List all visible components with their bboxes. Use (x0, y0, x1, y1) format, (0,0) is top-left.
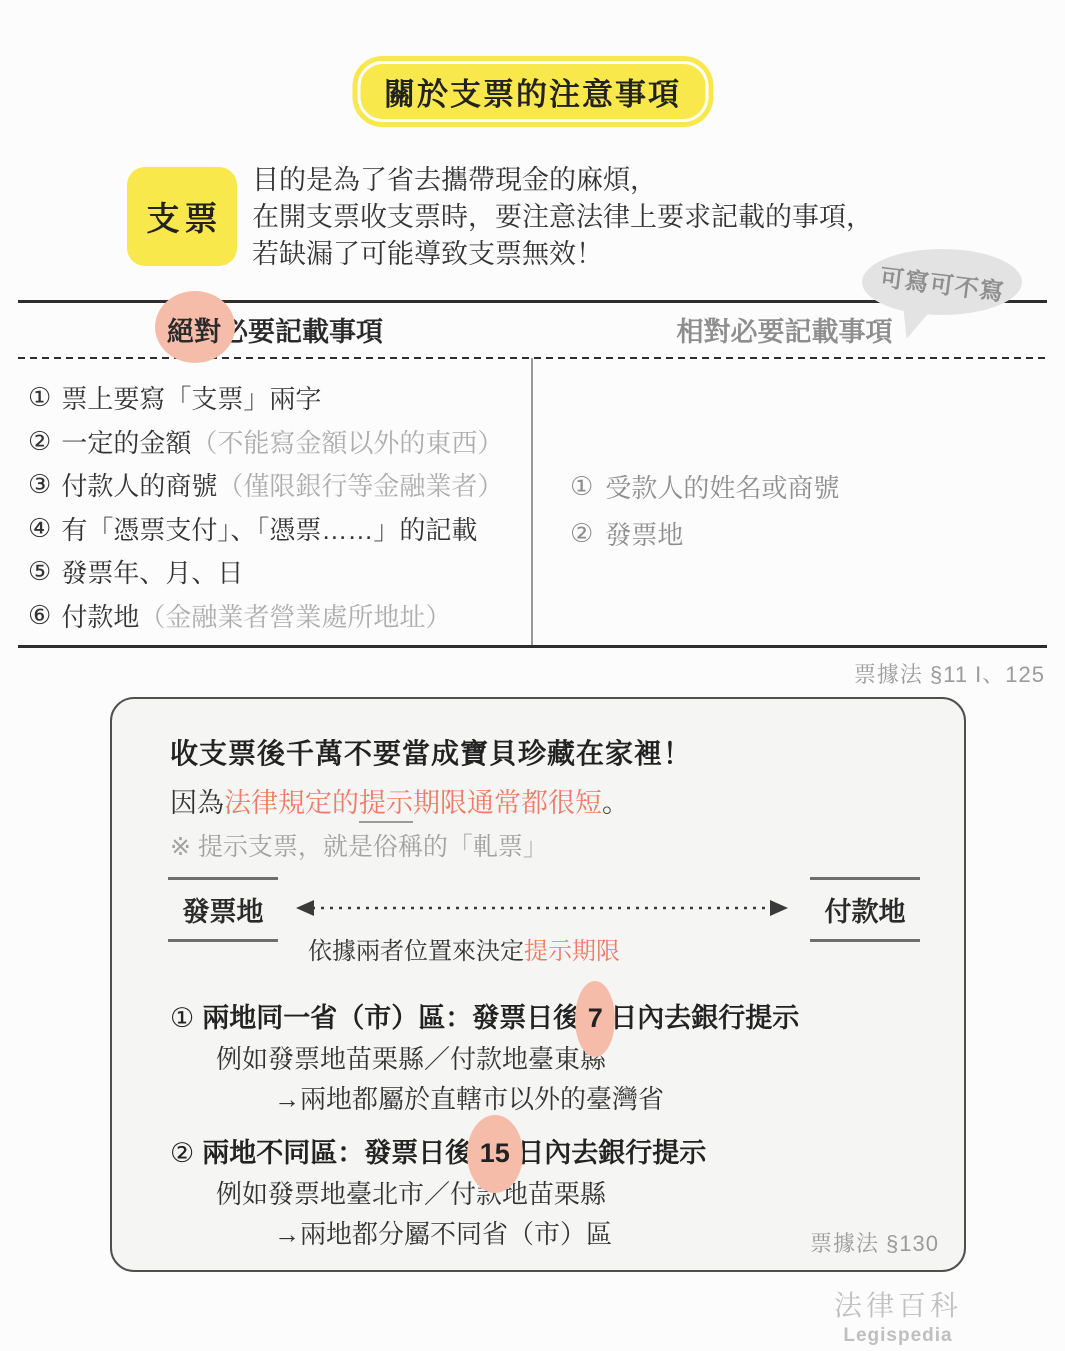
item-note: （不能寫金額以外的東西） (191, 423, 503, 460)
list-item: ② 一定的金額 （不能寫金額以外的東西） (28, 420, 503, 464)
reason-red-underlined: 提示 (359, 788, 413, 823)
rule-2-headline: ②兩地不同區：發票日後 15 日內去銀行提示 (170, 1131, 706, 1170)
list-item: ③ 付款人的商號 （僅限銀行等金融業者） (28, 463, 503, 507)
list-item: ④ 有「憑票支付」、「憑票……」的記載 (28, 507, 503, 551)
reason-black: 因為 (170, 788, 224, 818)
statute-citation-table: 票據法 §11 I、125 (854, 658, 1045, 689)
item-number: ② (28, 426, 51, 457)
reason-red-pre: 法律規定的 (224, 788, 359, 818)
page-title: 關於支票的注意事項 (357, 61, 708, 122)
column-header-optional: 相對必要記載事項 (532, 310, 1037, 349)
list-item: ① 票上要寫「支票」兩字 (28, 376, 503, 420)
item-number: ① (570, 471, 593, 502)
item-note: （僅限銀行等金融業者） (217, 466, 503, 503)
box-footnote: ※ 提示支票，就是俗稱的「軋票」 (170, 827, 548, 863)
box-reason-line: 因為法律規定的提示期限通常都很短。 (170, 781, 629, 820)
brand-name-zh: 法律百科 (834, 1284, 962, 1324)
list-item: ⑤ 發票年、月、日 (28, 550, 503, 594)
table-column-divider (531, 358, 533, 645)
box-headline: 收支票後千萬不要當成寶貝珍藏在家裡！ (170, 732, 692, 772)
rule-1-example: 例如發票地苗栗縣／付款地臺東縣 (216, 1039, 606, 1076)
rule-1-conclusion: →兩地都屬於直轄市以外的臺灣省 (274, 1079, 664, 1116)
rule-2-conclusion: →兩地都分屬不同省（市）區 (274, 1214, 612, 1251)
item-text: 發票年、月、日 (61, 553, 243, 590)
item-number: ⑤ (28, 556, 51, 587)
rule-2-days-highlight: 15 (480, 1138, 510, 1169)
caption-black: 依據兩者位置來決定 (308, 938, 524, 965)
item-note: （金融業者營業處所地址） (139, 597, 451, 634)
item-number: ⑥ (28, 600, 51, 631)
brand-name-en: Legispedia (834, 1325, 962, 1347)
item-text: 受款人的姓名或商號 (605, 468, 839, 505)
presentation-period-box: 收支票後千萬不要當成寶貝珍藏在家裡！ 因為法律規定的提示期限通常都很短。 ※ 提… (110, 697, 966, 1272)
column-header-mandatory: 絕對必要記載事項 (18, 310, 532, 349)
item-text: 一定的金額 (61, 423, 191, 460)
table-bottom-border (18, 645, 1047, 648)
item-text: 付款地 (61, 597, 139, 634)
speech-bubble-text: 可寫可不寫 (878, 257, 1006, 307)
intro-paragraph: 目的是為了省去攜帶現金的麻煩， 在開支票收支票時，要注意法律上要求記載的事項， … (252, 162, 873, 273)
check-label-badge: 支票 (127, 167, 237, 266)
list-item: ② 發票地 (570, 510, 839, 557)
list-item: ⑥ 付款地 （金融業者營業處所地址） (28, 594, 503, 638)
intro-line-1: 目的是為了省去攜帶現金的麻煩， (252, 162, 873, 199)
mandatory-items-list: ① 票上要寫「支票」兩字 ② 一定的金額 （不能寫金額以外的東西） ③ 付款人的… (28, 376, 503, 637)
item-text: 票上要寫「支票」兩字 (61, 379, 321, 416)
intro-line-3: 若缺漏了可能導致支票無效！ (252, 236, 873, 273)
item-number: ④ (28, 513, 51, 544)
item-text: 付款人的商號 (61, 466, 217, 503)
brand-logo: 法律百科 Legispedia (834, 1284, 962, 1347)
rule-2-example: 例如發票地臺北市／付款地苗栗縣 (216, 1174, 606, 1211)
rule-1-headline: ①兩地同一省（市）區：發票日後 7 日內去銀行提示 (170, 996, 799, 1035)
item-text: 發票地 (605, 515, 683, 552)
reason-period: 。 (602, 788, 629, 818)
item-text: 有「憑票支付」、「憑票……」的記載 (61, 510, 477, 547)
rule-pre: 兩地同一省（市）區：發票日後 (202, 1003, 588, 1033)
rule-post: 日內去銀行提示 (603, 1003, 800, 1033)
rule-pre: 兩地不同區：發票日後 (202, 1138, 480, 1168)
payment-place-label: 付款地 (810, 877, 920, 942)
speech-bubble: 可寫可不寫 (862, 249, 1022, 315)
mandatory-highlight: 絕對 (167, 310, 221, 349)
rule-number: ② (170, 1138, 194, 1168)
optional-items-list: ① 受款人的姓名或商號 ② 發票地 (570, 463, 839, 557)
diagram-caption: 依據兩者位置來決定提示期限 (308, 931, 620, 966)
list-item: ① 受款人的姓名或商號 (570, 463, 839, 510)
item-number: ① (28, 382, 51, 413)
item-number: ③ (28, 469, 51, 500)
reason-red-post: 期限通常都很短 (413, 788, 602, 818)
double-arrow-icon (292, 895, 792, 921)
statute-citation-box: 票據法 §130 (810, 1227, 939, 1258)
caption-red: 提示期限 (524, 938, 620, 965)
rule-number: ① (170, 1003, 194, 1033)
page-title-pill: 關於支票的注意事項 (352, 56, 713, 127)
infographic-check-notes: 關於支票的注意事項 支票 目的是為了省去攜帶現金的麻煩， 在開支票收支票時，要注… (0, 0, 1065, 1351)
intro-line-2: 在開支票收支票時，要注意法律上要求記載的事項， (252, 199, 873, 236)
mandatory-rest: 必要記載事項 (221, 317, 383, 347)
rule-post: 日內去銀行提示 (510, 1138, 707, 1168)
issue-place-label: 發票地 (168, 877, 278, 942)
rule-1-days-highlight: 7 (588, 1003, 603, 1034)
item-number: ② (570, 518, 593, 549)
